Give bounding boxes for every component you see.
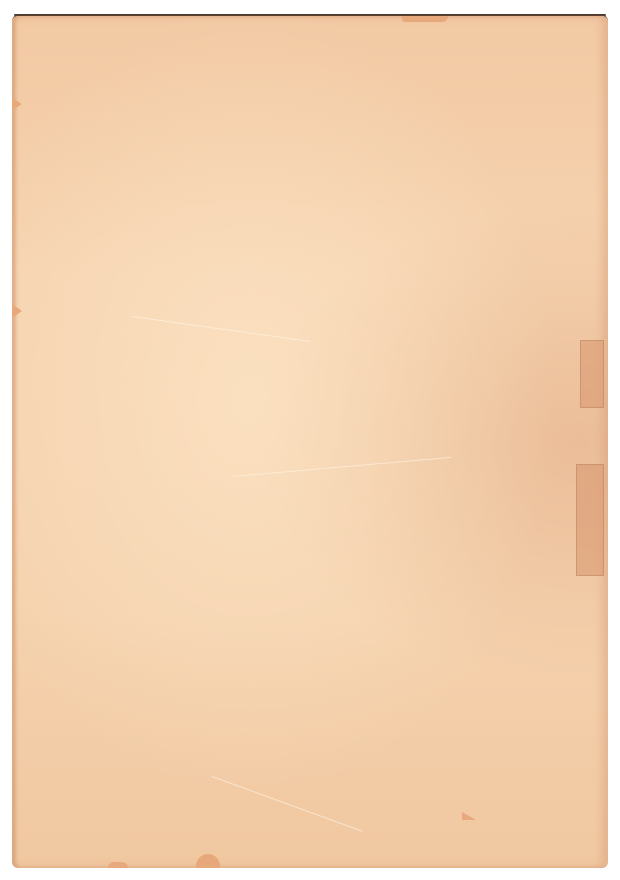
edge-chip [402, 16, 448, 22]
blank-paper-page [12, 16, 608, 868]
crease [212, 776, 363, 832]
edge-chip [108, 862, 128, 868]
crease [232, 457, 451, 477]
tape-strip [576, 464, 604, 576]
tear [462, 812, 476, 820]
edge-chip [12, 304, 22, 318]
tape-strip [580, 340, 604, 408]
crease [132, 316, 310, 342]
edge-chip [196, 854, 220, 868]
edge-chip [12, 98, 22, 110]
